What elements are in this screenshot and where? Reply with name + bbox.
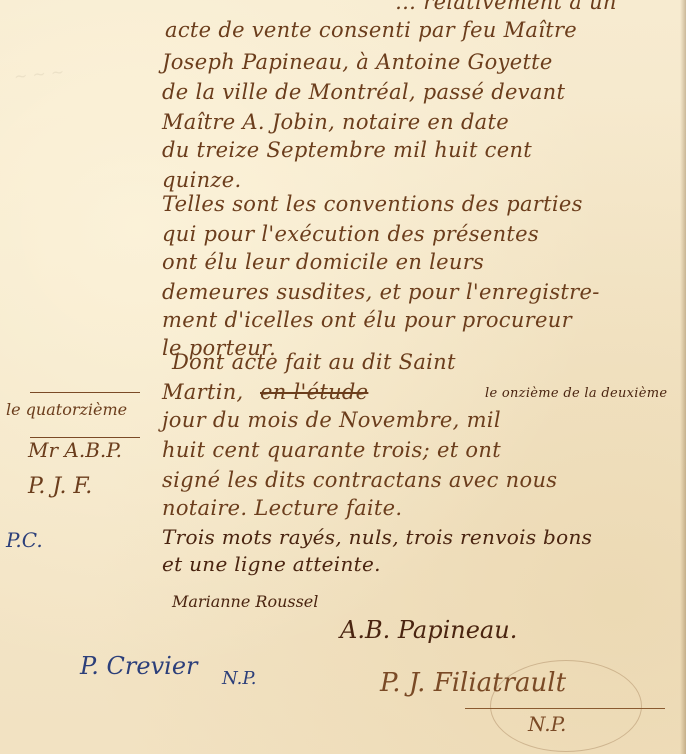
- body-line-13: Dont acte fait au dit Saint: [172, 350, 456, 374]
- body-line-9: ont élu leur domicile en leurs: [162, 250, 484, 274]
- margin-insertion-rule: [30, 392, 140, 393]
- body-line-10: demeures susdites, et pour l'enregistre-: [162, 280, 600, 304]
- body-line-21: Trois mots rayés, nuls, trois renvois bo…: [162, 525, 592, 549]
- body-line-5: du treize Septembre mil huit cent: [162, 138, 532, 162]
- margin-initials-abp: Mr A.B.P.: [28, 438, 122, 462]
- signature-flourish: [465, 708, 665, 709]
- body-line-3: de la ville de Montréal, passé devant: [162, 80, 565, 104]
- body-line-4: Maître A. Jobin, notaire en date: [162, 110, 509, 134]
- body-line-6: quinze.: [162, 168, 241, 192]
- struck-text: en l'étude: [260, 380, 368, 404]
- body-line-18: huit cent quarante trois; et ont: [162, 438, 501, 462]
- body-line-7: Telles sont les conventions des parties: [162, 192, 583, 216]
- margin-initials-pc: P.C.: [6, 528, 43, 552]
- body-line-14: Martin,: [162, 380, 244, 404]
- body-line-17: jour du mois de Novembre, mil: [162, 408, 501, 432]
- signature-filiatrault-np: N.P.: [528, 712, 566, 736]
- signature-filiatrault: P. J. Filiatrault: [380, 668, 566, 698]
- signature-marianne-roussel: Marianne Roussel: [172, 592, 318, 611]
- manuscript-page: ~ ~ ~ … relativement à un acte de vente …: [0, 0, 686, 754]
- page-edge: [680, 0, 686, 754]
- signature-crevier: P. Crevier: [80, 652, 198, 680]
- signature-crevier-np: N.P.: [222, 668, 257, 689]
- body-line-19: signé les dits contractans avec nous: [162, 468, 557, 492]
- body-line-8: qui pour l'exécution des présentes: [162, 222, 539, 246]
- margin-insertion: le quatorzième: [6, 400, 127, 419]
- signature-papineau: A.B. Papineau.: [340, 616, 517, 644]
- body-line-22: et une ligne atteinte.: [162, 552, 381, 576]
- body-line-0: … relativement à un: [395, 0, 617, 14]
- margin-initials-pjf: P. J. F.: [28, 474, 92, 499]
- body-line-11: ment d'icelles ont élu pour procureur: [162, 308, 572, 332]
- body-line-2: Joseph Papineau, à Antoine Goyette: [162, 50, 553, 74]
- body-line-1: acte de vente consenti par feu Maître: [165, 18, 577, 42]
- bleed-through-text: ~ ~ ~: [13, 54, 157, 207]
- body-line-20: notaire. Lecture faite.: [162, 496, 402, 520]
- interlined-text: le onzième de la deuxième: [485, 386, 667, 401]
